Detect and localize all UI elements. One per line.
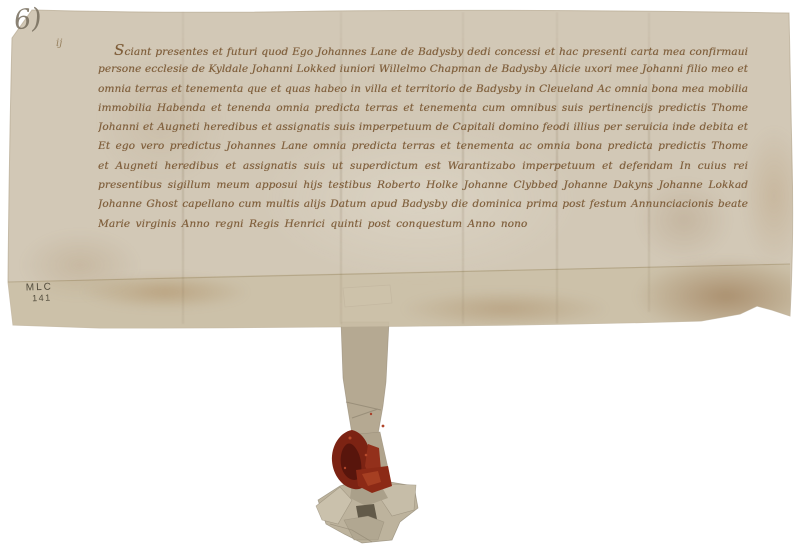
manuscript-line: presentibus sigillum meum apposui hijs t…	[98, 176, 748, 195]
manuscript-line: omnia terras et tenementa que et quas ha…	[98, 80, 748, 99]
manuscript-line: Et ego vero predictus Johannes Lane omni…	[98, 137, 748, 156]
shelfmark-number: 141	[26, 293, 53, 304]
manuscript-line: Sciant presentes et futuri quod Ego Joha…	[98, 41, 748, 60]
seal-tag	[341, 322, 389, 434]
manuscript-line: immobilia Habenda et tenenda omnia predi…	[98, 99, 748, 118]
manuscript-line: persone ecclesie de Kyldale Johanni Lokk…	[98, 60, 748, 79]
manuscript-line: et Augneti heredibus et assignatis suis …	[98, 157, 748, 176]
manuscript-line: Johanni et Augneti heredibus et assignat…	[98, 118, 748, 137]
shelfmark: MLC 141	[26, 283, 54, 304]
manuscript-text: Sciant presentes et futuri quod Ego Joha…	[98, 41, 748, 234]
manuscript-line: Johanne Ghost capellano cum multis alijs…	[98, 195, 748, 214]
photograph-of-parchment-charter: 6) ij Sciant presentes et futuri quod Eg…	[0, 0, 800, 545]
scribal-ij-mark: ij	[56, 38, 62, 49]
pencil-number-mark: 6)	[12, 3, 43, 37]
manuscript-line: Marie virginis Anno regni Regis Henrici …	[98, 215, 748, 234]
